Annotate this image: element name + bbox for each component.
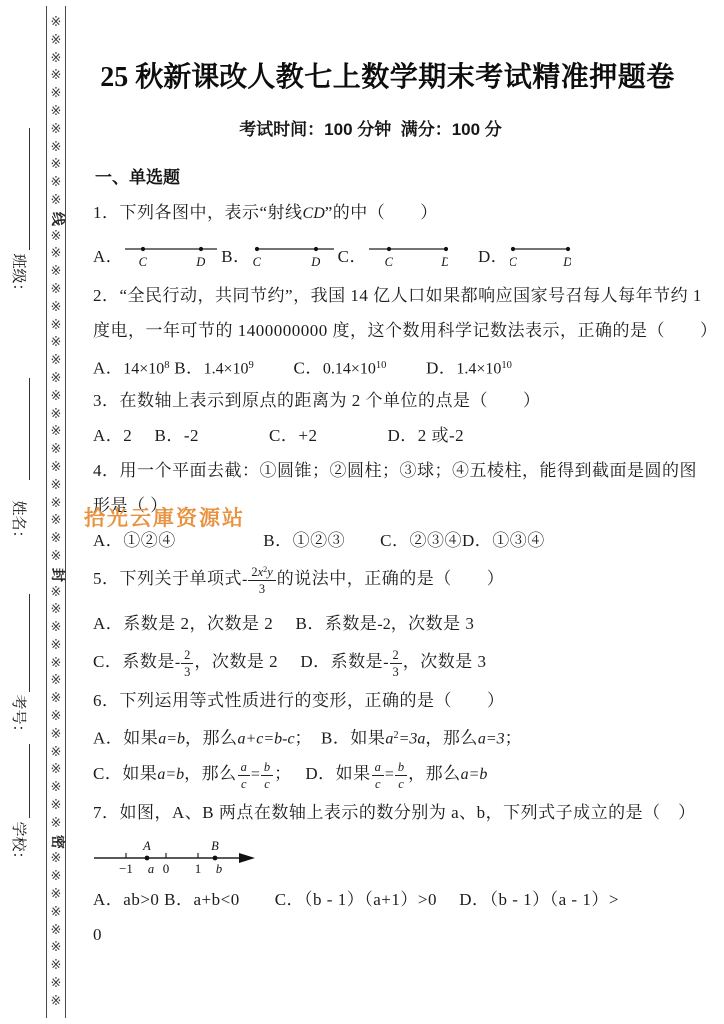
seal-marker: ※ <box>51 139 62 157</box>
question-line: 5．下列关于单项式-2x2y3的说法中，正确的是（ ） <box>93 558 718 600</box>
question-text: 10 <box>501 360 512 371</box>
question-line: 度电，一年可节的 1400000000 度，这个数用科学记数法表示，正确的是（ … <box>93 313 718 348</box>
fraction: 2x2y3 <box>248 564 275 596</box>
fraction-numerator: b <box>395 759 407 775</box>
question-text: 2 <box>393 648 399 662</box>
question-text: A．系数是 2，次数是 2 B．系数是 <box>93 614 377 633</box>
question-text: = <box>385 766 394 783</box>
question-text: 0.14×10 <box>323 360 376 377</box>
page-title: 25 秋新课改人教七上数学期末考试精准押题卷 <box>93 56 718 103</box>
seal-marker: ※ <box>51 459 62 477</box>
svg-text:a: a <box>148 862 154 876</box>
seal-marker: ※ <box>51 85 62 103</box>
svg-text:D: D <box>310 255 321 269</box>
binding-seal-column: ※※※※※※※※※※※线※※※※※※※※※※※※※※※※※※※封※※※※※※※※… <box>46 6 66 1018</box>
fraction: 23 <box>390 647 402 679</box>
field-blank-line <box>29 594 30 692</box>
question-text: 3 <box>184 665 190 679</box>
seal-marker: ※ <box>51 103 62 121</box>
seal-text-char: 封 <box>47 568 65 582</box>
seal-marker: ※ <box>51 530 62 548</box>
ray-diagram: CD <box>253 239 335 269</box>
exam-content: 25 秋新课改人教七上数学期末考试精准押题卷 考试时间：100 分钟 满分：10… <box>93 0 718 952</box>
question-text: ，那么 <box>184 764 237 783</box>
seal-marker: ※ <box>51 50 62 68</box>
seal-marker: ※ <box>51 192 62 210</box>
question-text: a+c=b-c <box>238 730 295 747</box>
question-text: C． <box>254 358 323 377</box>
question-text: C．如果 <box>93 764 157 783</box>
svg-text:1: 1 <box>195 861 202 876</box>
seal-marker: ※ <box>51 779 62 797</box>
seal-marker: ※ <box>51 156 62 174</box>
question-text: ，那么 <box>185 728 238 747</box>
question-text: 7．如图，A、B 两点在数轴上表示的数分别为 a、b，下列式子成立的是（ ） <box>93 803 696 822</box>
seal-marker: ※ <box>51 174 62 192</box>
field-label: 姓名： <box>0 500 41 546</box>
svg-text:D: D <box>562 255 571 269</box>
question-line: A．如果a=b，那么a+c=b-c； B．如果a2=3a，那么a=3； <box>93 718 718 753</box>
field-blank-line <box>29 128 30 250</box>
seal-marker: ※ <box>51 14 62 32</box>
seal-marker: ※ <box>51 868 62 886</box>
svg-text:D: D <box>440 255 448 269</box>
question-text: c <box>398 777 404 791</box>
seal-marker: ※ <box>51 495 62 513</box>
ray-diagram: CD <box>125 239 217 269</box>
seal-marker: ※ <box>51 67 62 85</box>
question-text: - <box>383 654 388 671</box>
field-label: 学校： <box>0 821 41 867</box>
question-text: 4．用一个平面去截：①圆锥；②圆柱；③球；④五棱柱，能得到截面是圆的图 <box>93 461 697 480</box>
seal-marker: ※ <box>51 655 62 673</box>
fraction: 23 <box>181 647 193 679</box>
seal-marker: ※ <box>51 370 62 388</box>
seal-marker: ※ <box>51 904 62 922</box>
seal-marker: ※ <box>51 334 62 352</box>
question-text: ； <box>505 728 523 747</box>
question-text: 6．下列运用等式性质进行的变形，正确的是（ ） <box>93 691 505 710</box>
seal-marker: ※ <box>51 281 62 299</box>
title-main: 人教七上数学期末考试精准押题卷 <box>247 61 675 92</box>
seal-text-char: 线 <box>47 212 65 226</box>
seal-marker: ※ <box>51 619 62 637</box>
question-text: 1．下列各图中，表示“射线 <box>93 203 303 222</box>
fraction: ac <box>238 759 250 791</box>
question-text: c <box>375 777 381 791</box>
fraction-numerator: b <box>261 759 273 775</box>
question-text: =3a <box>399 730 426 747</box>
question-text: a=b <box>461 766 488 783</box>
seal-marker: ※ <box>51 922 62 940</box>
seal-marker: ※ <box>51 32 62 50</box>
ray-diagram: CD <box>510 239 571 269</box>
question-line: 2．“全民行动，共同节约”，我国 14 亿人口如果都响应国家号召每人每年节约 1 <box>93 278 718 313</box>
seal-marker: ※ <box>51 388 62 406</box>
question-text: a=b <box>158 730 185 747</box>
ray-options-row: A．CDB．CDC．CDD．CD <box>93 230 718 278</box>
seal-marker: ※ <box>51 263 62 281</box>
question-text: a <box>241 760 247 774</box>
question-line: A．系数是 2，次数是 2 B．系数是-2，次数是 3 <box>93 606 718 641</box>
question-text: a <box>375 760 381 774</box>
svg-text:C: C <box>385 255 394 269</box>
exam-paper-page: { "header": { "title_prefix": "25 秋新课改",… <box>0 0 724 1024</box>
seal-marker: ※ <box>51 299 62 317</box>
question-text: 的说法中，正确的是（ ） <box>277 569 505 588</box>
fraction-denominator: 3 <box>248 581 275 596</box>
svg-text:b: b <box>216 862 222 876</box>
seal-marker: ※ <box>51 761 62 779</box>
seal-marker: ※ <box>51 637 62 655</box>
seal-marker: ※ <box>51 423 62 441</box>
svg-text:D: D <box>196 255 207 269</box>
question-line: C．如果a=b，那么ac=bc； D．如果ac=bc，那么a=b <box>93 753 718 795</box>
seal-marker: ※ <box>51 317 62 335</box>
seal-marker: ※ <box>51 601 62 619</box>
exam-info: 考试时间：100 分钟 满分：100 分 <box>93 115 718 140</box>
field-blank-line <box>29 378 30 480</box>
svg-text:C: C <box>139 255 148 269</box>
svg-text:B: B <box>211 839 219 853</box>
svg-text:C: C <box>510 255 518 269</box>
question-text: ，那么 <box>425 728 478 747</box>
seal-marker: ※ <box>51 850 62 868</box>
question-line: A．2 B．-2 C．+2 D．2 或-2 <box>93 418 718 453</box>
question-text: 3 <box>259 582 265 596</box>
option-label: C． <box>338 242 367 267</box>
fraction-numerator: a <box>238 759 250 775</box>
question-text: a=3 <box>478 730 505 747</box>
fraction-denominator: 3 <box>390 664 402 679</box>
questions-area: 1．下列各图中，表示“射线CD”的中（ ）A．CDB．CDC．CDD．CD2．“… <box>93 195 718 952</box>
question-text: C．系数是 <box>93 652 175 671</box>
option-label: A． <box>93 242 123 267</box>
ray-diagram: CD <box>369 239 448 269</box>
question-text: ，次数是 3 <box>403 652 487 671</box>
fraction-denominator: 3 <box>181 664 193 679</box>
fraction-denominator: c <box>238 776 250 791</box>
number-line-row: −101AaBb <box>93 830 718 882</box>
question-text: 2 <box>184 648 190 662</box>
seal-marker: ※ <box>51 708 62 726</box>
svg-text:−1: −1 <box>119 861 133 876</box>
question-line: 1．下列各图中，表示“射线CD”的中（ ） <box>93 195 718 230</box>
seal-marker: ※ <box>51 352 62 370</box>
seal-marker: ※ <box>51 672 62 690</box>
question-text: ，次数是 3 <box>391 614 475 633</box>
fraction-numerator: 2x2y <box>248 564 275 580</box>
seal-marker: ※ <box>51 690 62 708</box>
svg-text:C: C <box>253 255 262 269</box>
seal-marker: ※ <box>51 548 62 566</box>
question-line: 4．用一个平面去截：①圆锥；②圆柱；③球；④五棱柱，能得到截面是圆的图 <box>93 453 718 488</box>
question-text: D． <box>386 358 456 377</box>
question-text: y <box>267 565 273 579</box>
question-text: c <box>264 777 270 791</box>
seal-marker: ※ <box>51 584 62 602</box>
question-text: 度电，一年可节的 1400000000 度，这个数用科学记数法表示，正确的是（ … <box>93 321 718 340</box>
question-text: 1.4×10 <box>456 360 501 377</box>
question-text: A．ab>0 B．a+b<0 C．（b - 1）（a+1）>0 D．（b - 1… <box>93 890 619 909</box>
question-text: b <box>398 760 404 774</box>
section-heading: 一、单选题 <box>95 160 718 195</box>
field-label: 考号： <box>0 694 41 740</box>
question-text: A． <box>93 358 123 377</box>
option-label: B． <box>221 242 250 267</box>
fraction-numerator: 2 <box>181 647 193 663</box>
question-line: 0 <box>93 917 718 952</box>
question-text: - <box>175 654 180 671</box>
question-text: CD <box>303 205 325 222</box>
question-line: A．14×108 B．1.4×109 C．0.14×1010 D．1.4×101… <box>93 348 718 383</box>
question-text: a=b <box>157 766 184 783</box>
question-text: ，次数是 2 D．系数是 <box>194 652 383 671</box>
question-text: A．如果 <box>93 728 158 747</box>
seal-marker: ※ <box>51 441 62 459</box>
seal-marker: ※ <box>51 228 62 246</box>
question-text: -2 <box>377 616 390 633</box>
question-text: ； B．如果 <box>295 728 386 747</box>
seal-marker: ※ <box>51 886 62 904</box>
question-text: ； D．如果 <box>274 764 371 783</box>
question-text: A．2 B．-2 C．+2 D．2 或-2 <box>93 426 464 445</box>
seal-marker: ※ <box>51 726 62 744</box>
svg-text:0: 0 <box>163 861 170 876</box>
question-line: 7．如图，A、B 两点在数轴上表示的数分别为 a、b，下列式子成立的是（ ） <box>93 795 718 830</box>
watermark: 拾光云庫资源站 <box>84 502 245 532</box>
title-prefix: 25 秋新课改 <box>100 62 247 93</box>
fraction-denominator: c <box>372 776 384 791</box>
seal-marker: ※ <box>51 406 62 424</box>
question-text: 3．在数轴上表示到原点的距离为 2 个单位的点是（ ） <box>93 391 541 410</box>
fraction: bc <box>395 759 407 791</box>
question-text: ”的中（ ） <box>325 203 438 222</box>
question-line: 6．下列运用等式性质进行的变形，正确的是（ ） <box>93 683 718 718</box>
option-label: D． <box>478 242 508 267</box>
question-text: b <box>264 760 270 774</box>
fraction-denominator: c <box>261 776 273 791</box>
question-text: - <box>242 571 247 588</box>
seal-marker: ※ <box>51 797 62 815</box>
seal-marker: ※ <box>51 245 62 263</box>
field-blank-line <box>29 744 30 818</box>
question-line: C．系数是-23，次数是 2 D．系数是-23，次数是 3 <box>93 641 718 683</box>
seal-marker: ※ <box>51 477 62 495</box>
question-text: 2．“全民行动，共同节约”，我国 14 亿人口如果都响应国家号召每人每年节约 1 <box>93 286 702 305</box>
seal-marker: ※ <box>51 957 62 975</box>
question-text: 5．下列关于单项式 <box>93 569 242 588</box>
question-text: A．①②④ B．①②③ C．②③④D．①③④ <box>93 531 545 550</box>
question-text: c <box>241 777 247 791</box>
question-line: 3．在数轴上表示到原点的距离为 2 个单位的点是（ ） <box>93 383 718 418</box>
field-label: 班级： <box>0 253 41 299</box>
seal-text-char: 密 <box>47 835 65 849</box>
fraction-denominator: c <box>395 776 407 791</box>
seal-marker: ※ <box>51 512 62 530</box>
question-text: B． <box>170 358 204 377</box>
svg-text:A: A <box>142 839 151 853</box>
seal-marker: ※ <box>51 993 62 1011</box>
fraction-numerator: 2 <box>390 647 402 663</box>
number-line-diagram: −101AaBb <box>93 834 263 878</box>
question-text: 10 <box>376 360 387 371</box>
question-text: 1.4×10 <box>204 360 249 377</box>
question-text: 3 <box>393 665 399 679</box>
seal-marker: ※ <box>51 815 62 833</box>
seal-marker: ※ <box>51 939 62 957</box>
question-text: 0 <box>93 925 102 944</box>
question-text: ，那么 <box>408 764 461 783</box>
question-line: A．ab>0 B．a+b<0 C．（b - 1）（a+1）>0 D．（b - 1… <box>93 882 718 917</box>
seal-marker: ※ <box>51 121 62 139</box>
seal-marker: ※ <box>51 744 62 762</box>
question-text: = <box>251 766 260 783</box>
fraction: bc <box>261 759 273 791</box>
fraction: ac <box>372 759 384 791</box>
fraction-numerator: a <box>372 759 384 775</box>
question-text: 14×10 <box>123 360 164 377</box>
seal-marker: ※ <box>51 975 62 993</box>
